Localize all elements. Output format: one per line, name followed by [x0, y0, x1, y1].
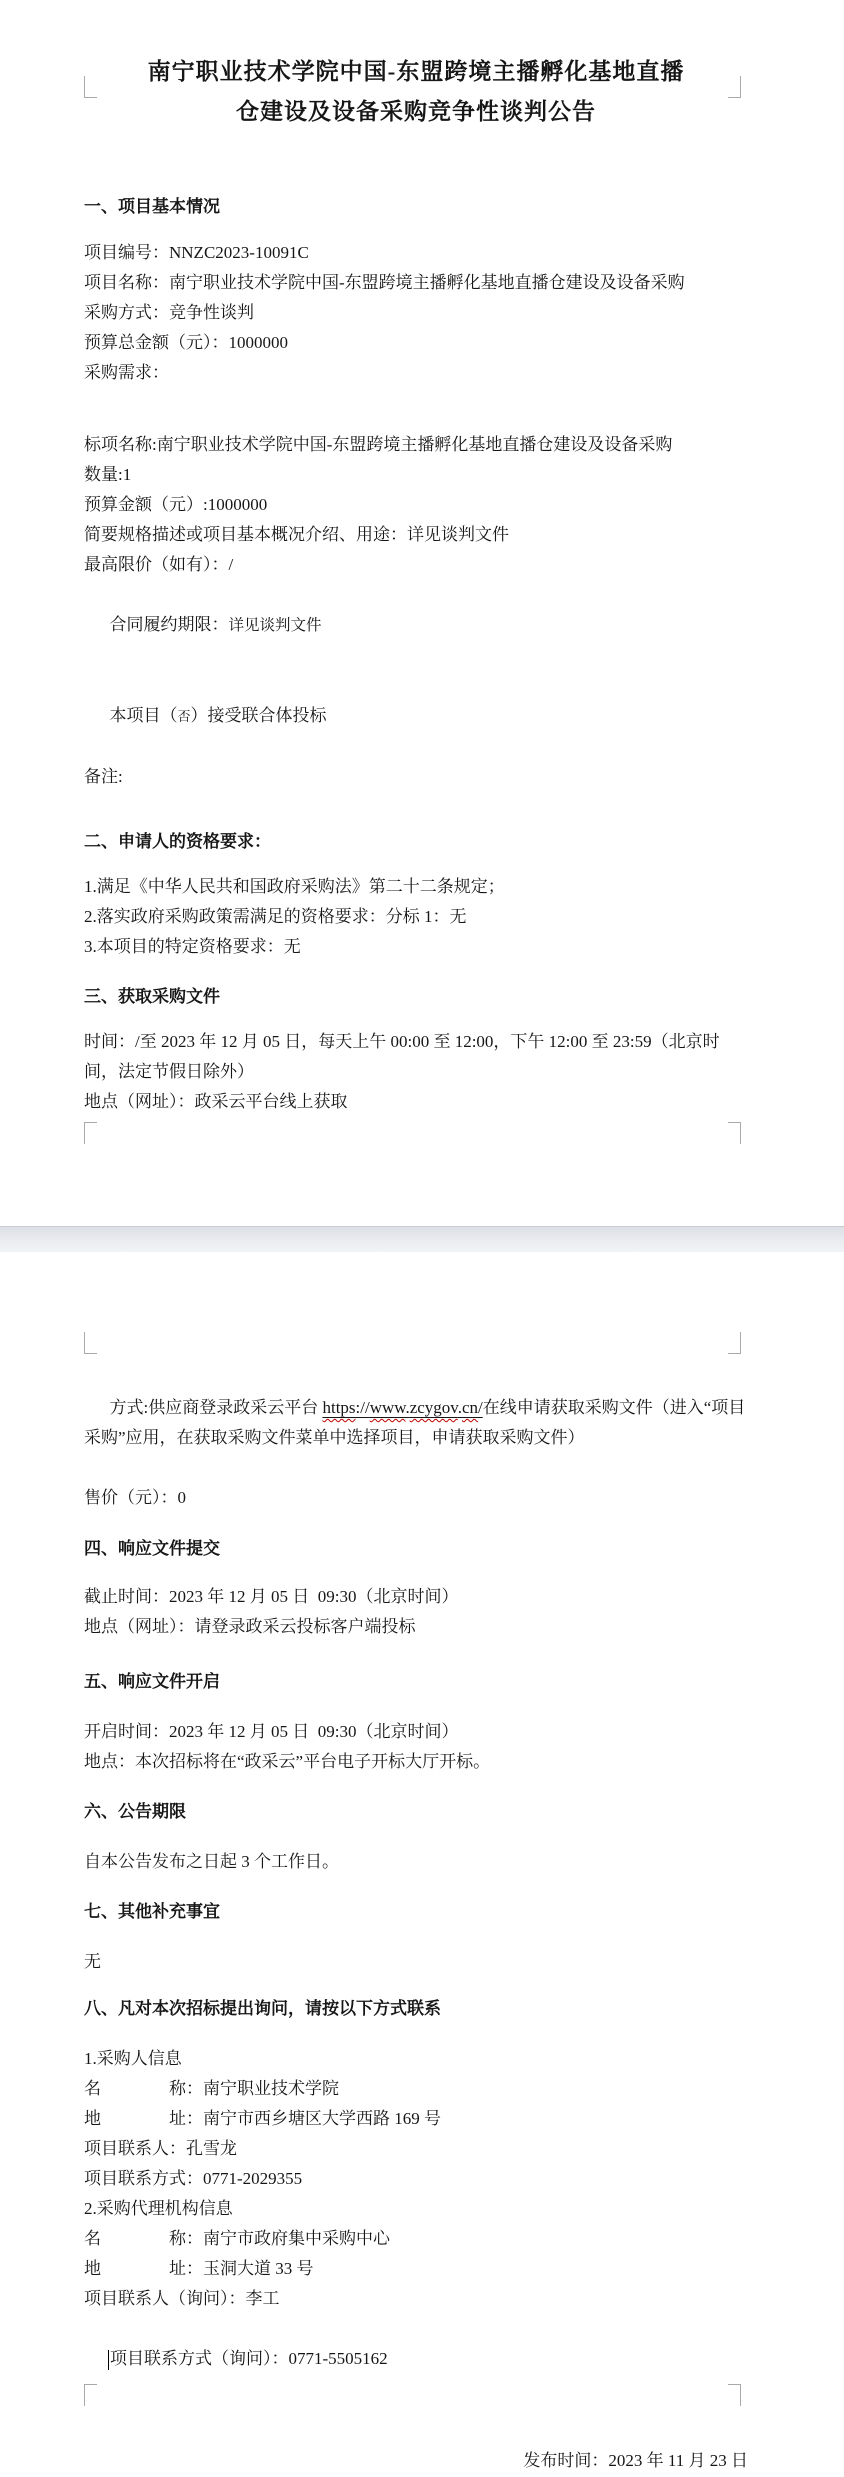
qualification-item-2: 2.落实政府采购政策需满足的资格要求：分标 1：无	[84, 902, 748, 932]
agent-address: 地 址：玉洞大道 33 号	[84, 2254, 748, 2284]
procurement-method: 采购方式：竞争性谈判	[84, 298, 748, 328]
contract-term: 合同履约期限：详见谈判文件	[84, 580, 748, 671]
zcygov-url[interactable]: https://www.zcygov.cn/	[322, 1398, 482, 1417]
qualification-item-3: 3.本项目的特定资格要求：无	[84, 932, 748, 962]
max-price: 最高限价（如有）：/	[84, 550, 748, 580]
remark-label: 备注:	[84, 762, 748, 792]
page-separator	[0, 1226, 844, 1252]
contract-term-label: 合同履约期限：	[110, 615, 229, 634]
section-heading-1: 一、项目基本情况	[84, 192, 748, 222]
buyer-name: 名 称：南宁职业技术学院	[84, 2074, 748, 2104]
document-price: 售价（元）：0	[84, 1483, 748, 1513]
section-heading-3: 三、获取采购文件	[84, 982, 748, 1012]
buyer-contact-person: 项目联系人：孔雪龙	[84, 2134, 748, 2164]
opening-time: 开启时间：2023 年 12 月 05 日 09:30（北京时间）	[84, 1717, 748, 1747]
buyer-info-title: 1.采购人信息	[84, 2044, 748, 2074]
project-name: 项目名称：南宁职业技术学院中国-东盟跨境主播孵化基地直播仓建设及设备采购	[84, 268, 748, 298]
section-heading-7: 七、其他补充事宜	[84, 1897, 748, 1927]
url-token[interactable]: https	[322, 1398, 355, 1417]
item-budget: 预算金额（元）:1000000	[84, 490, 748, 520]
buyer-address: 地 址：南宁市西乡塘区大学西路 169 号	[84, 2104, 748, 2134]
agent-contact-phone-text: 项目联系方式（询问）：0771-5505162	[110, 2349, 388, 2368]
joint-bid-answer: 否	[178, 709, 191, 724]
agent-name: 名 称：南宁市政府集中采购中心	[84, 2224, 748, 2254]
publish-date: 发布时间：2023 年 11 月 23 日	[84, 2446, 748, 2476]
buyer-contact-phone: 项目联系方式：0771-2029355	[84, 2164, 748, 2194]
project-number: 项目编号：NNZC2023-10091C	[84, 238, 748, 268]
procurement-demand-label: 采购需求：	[84, 358, 748, 388]
section-heading-8: 八、凡对本次招标提出询问，请按以下方式联系	[84, 1994, 748, 2024]
text-cursor	[108, 2350, 110, 2370]
joint-bid-prefix: 本项目（	[110, 706, 178, 725]
url-token[interactable]: zcygov	[410, 1398, 458, 1417]
spec-description: 简要规格描述或项目基本概况介绍、用途：详见谈判文件	[84, 520, 748, 550]
agent-contact-person: 项目联系人（询问）：李工	[84, 2284, 748, 2314]
text-boundary-mark	[84, 1122, 97, 1144]
section-heading-6: 六、公告期限	[84, 1797, 748, 1827]
submission-location: 地点（网址）：请登录政采云投标客户端投标	[84, 1612, 748, 1642]
qualification-item-1: 1.满足《中华人民共和国政府采购法》第二十二条规定；	[84, 872, 748, 902]
total-budget: 预算总金额（元）：1000000	[84, 328, 748, 358]
document-page-2: 方式:供应商登录政采云平台 https://www.zcygov.cn/在线申请…	[0, 1252, 844, 2477]
section-heading-5: 五、响应文件开启	[84, 1667, 748, 1697]
agent-contact-phone: 项目联系方式（询问）：0771-5505162	[84, 2314, 748, 2404]
joint-bid-statement: 本项目（否）接受联合体投标	[84, 671, 748, 762]
quantity: 数量:1	[84, 460, 748, 490]
obtain-method-prefix: 方式:供应商登录政采云平台	[110, 1398, 323, 1417]
contract-term-value: 详见谈判文件	[229, 617, 322, 634]
document-obtain-location: 地点（网址）：政采云平台线上获取	[84, 1087, 748, 1117]
text-boundary-mark	[728, 1122, 741, 1144]
document-page-1: 南宁职业技术学院中国-东盟跨境主播孵化基地直播 仓建设及设备采购竞争性谈判公告 …	[0, 0, 844, 1226]
section-heading-4: 四、响应文件提交	[84, 1534, 748, 1564]
url-token[interactable]: www	[370, 1398, 406, 1417]
submission-deadline: 截止时间：2023 年 12 月 05 日 09:30（北京时间）	[84, 1582, 748, 1612]
agent-info-title: 2.采购代理机构信息	[84, 2194, 748, 2224]
url-token[interactable]: cn	[462, 1398, 478, 1417]
document-title: 南宁职业技术学院中国-东盟跨境主播孵化基地直播 仓建设及设备采购竞争性谈判公告	[84, 0, 748, 132]
announcement-period: 自本公告发布之日起 3 个工作日。	[84, 1847, 748, 1877]
section-heading-2: 二、申请人的资格要求：	[84, 827, 748, 857]
bid-item-name: 标项名称:南宁职业技术学院中国-东盟跨境主播孵化基地直播仓建设及设备采购	[84, 430, 748, 460]
document-title-line1: 南宁职业技术学院中国-东盟跨境主播孵化基地直播	[84, 52, 748, 92]
opening-location: 地点：本次招标将在“政采云”平台电子开标大厅开标。	[84, 1747, 748, 1777]
document-obtain-time: 时间：/至 2023 年 12 月 05 日，每天上午 00:00 至 12:0…	[84, 1027, 748, 1087]
document-obtain-method: 方式:供应商登录政采云平台 https://www.zcygov.cn/在线申请…	[84, 1363, 748, 1483]
other-matters: 无	[84, 1947, 748, 1977]
url-token[interactable]: ://	[356, 1398, 370, 1417]
document-title-line2: 仓建设及设备采购竞争性谈判公告	[84, 92, 748, 132]
joint-bid-suffix: ）接受联合体投标	[191, 706, 327, 725]
